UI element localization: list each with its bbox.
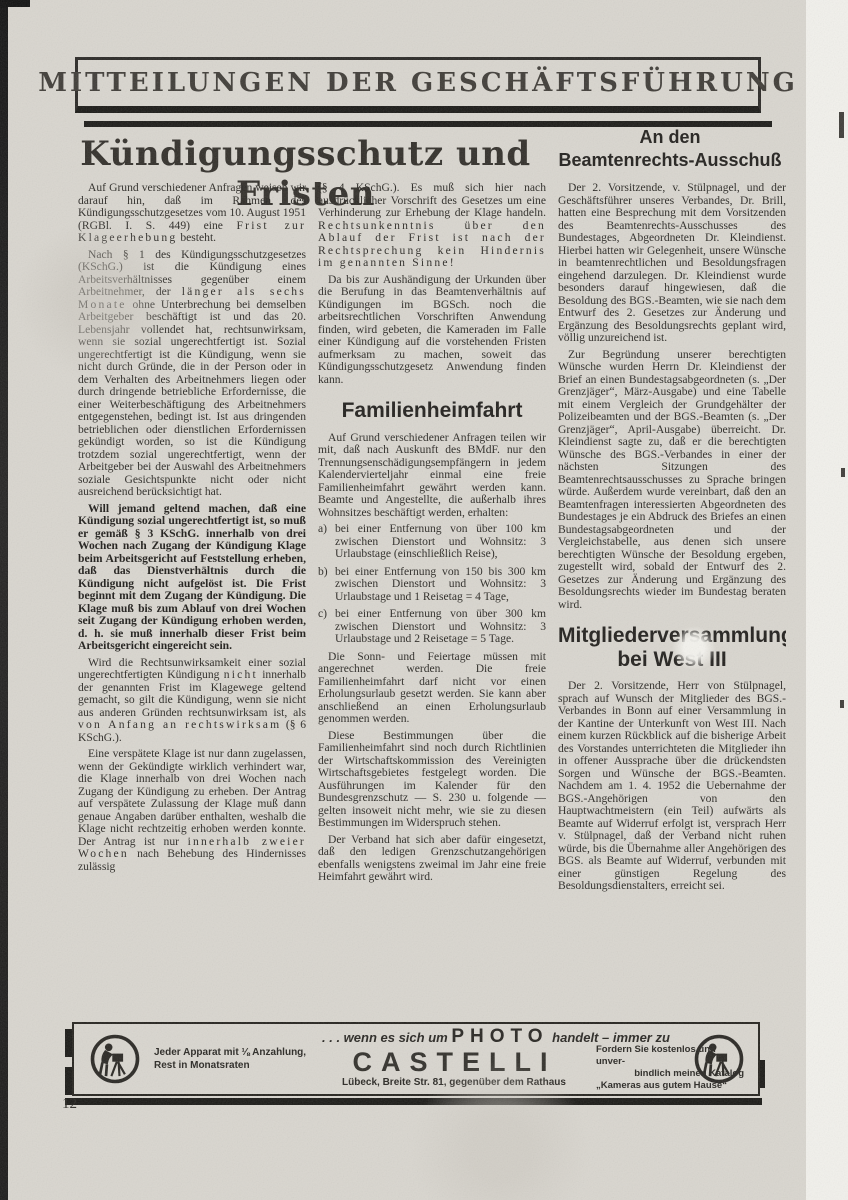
text-columns: Auf Grund verschiedener Anfragen weisen … bbox=[78, 182, 786, 1020]
paragraph: Diese Bestimmungen über die Familienheim… bbox=[318, 730, 546, 830]
column-3: Der 2. Vorsitzende, v. Stülpnagel, und d… bbox=[558, 182, 786, 1020]
scan-speck bbox=[841, 468, 845, 477]
text-run: Auf Grund verschiedener Anfragen teilen … bbox=[318, 431, 546, 519]
list-marker: a) bbox=[318, 523, 335, 561]
scan-corner-mark bbox=[0, 0, 30, 7]
list-text: bei einer Entfernung von über 300 km zwi… bbox=[335, 608, 546, 646]
page-number: 12 bbox=[62, 1096, 77, 1113]
list-item: a)bei einer Entfernung von über 100 km z… bbox=[318, 523, 546, 561]
text-run: Diese Bestimmungen über die Familienheim… bbox=[318, 729, 546, 830]
paper-right-margin bbox=[806, 0, 848, 1200]
advertisement-photo-castelli: Jeder Apparat mit ⅛ Anzahlung,Rest in Mo… bbox=[72, 1022, 760, 1096]
text-run: Rechtsunkenntnis über den Ablauf der Fri… bbox=[318, 219, 546, 270]
column-1: Auf Grund verschiedener Anfragen weisen … bbox=[78, 182, 306, 1020]
ad-brand-name: CASTELLI bbox=[322, 1047, 587, 1078]
paragraph: Der 2. Vorsitzende, Herr von Stülpnagel,… bbox=[558, 680, 786, 893]
ad-frame-shadow bbox=[65, 1029, 72, 1057]
paragraph: Will jemand geltend machen, daß eine Kün… bbox=[78, 503, 306, 653]
section-heading: Familienheimfahrt bbox=[318, 399, 546, 423]
text-run: bei einer Entfernung von über 100 km zwi… bbox=[335, 522, 546, 560]
text-run: Zur Begründung unserer berechtigten Wüns… bbox=[558, 348, 786, 611]
masthead-banner: MITTEILUNGEN DER GESCHÄFTSFÜHRUNG bbox=[75, 57, 761, 113]
text-run: Die Sonn- und Feiertage müssen mit anger… bbox=[318, 650, 546, 726]
paragraph: Eine verspätete Klage ist nur dann zugel… bbox=[78, 748, 306, 873]
ad-left-offer: Jeder Apparat mit ⅛ Anzahlung,Rest in Mo… bbox=[154, 1046, 324, 1072]
text-run: Der 2. Vorsitzende, Herr von Stülpnagel,… bbox=[558, 679, 786, 892]
paragraph: Der 2. Vorsitzende, v. Stülpnagel, und d… bbox=[558, 182, 786, 345]
text-run: von Anfang an rechtswirksam bbox=[78, 718, 281, 731]
section-heading-line: An den bbox=[552, 126, 788, 149]
text-run: (§ 4 KSchG.). Es muß sich hier nach ausd… bbox=[318, 182, 546, 219]
paragraph: Auf Grund verschiedener Anfragen weisen … bbox=[78, 182, 306, 245]
text-run: bei einer Entfernung von über 300 km zwi… bbox=[335, 607, 546, 645]
text-run: Da bis zur Aushändigung der Urkunden übe… bbox=[318, 273, 546, 386]
text-run: bei einer Entfernung von 150 bis 300 km … bbox=[335, 565, 546, 603]
scanned-newsletter-page: MITTEILUNGEN DER GESCHÄFTSFÜHRUNG Kündig… bbox=[0, 0, 848, 1200]
text-run: Der 2. Vorsitzende, v. Stülpnagel, und d… bbox=[558, 182, 786, 344]
paragraph: (§ 4 KSchG.). Es muß sich hier nach ausd… bbox=[318, 182, 546, 270]
text-run: Der Verband hat sich aber dafür eingeset… bbox=[318, 833, 546, 884]
paragraph: Zur Begründung unserer berechtigten Wüns… bbox=[558, 349, 786, 612]
list-text: bei einer Entfernung von über 100 km zwi… bbox=[335, 523, 546, 561]
scan-edge-left bbox=[0, 0, 8, 1200]
ad-frame-shadow bbox=[65, 1067, 72, 1095]
paragraph: Da bis zur Aushändigung der Urkunden übe… bbox=[318, 274, 546, 387]
ad-text-line: Rest in Monatsraten bbox=[154, 1059, 324, 1072]
ad-tagline-brand: PHOTO bbox=[451, 1026, 548, 1047]
ad-tagline-post: handelt – immer zu bbox=[549, 1030, 670, 1045]
text-run: Will jemand geltend machen, daß eine Kün… bbox=[78, 502, 306, 653]
paragraph: Die Sonn- und Feiertage müssen mit anger… bbox=[318, 651, 546, 726]
ad-text-line: Jeder Apparat mit ⅛ Anzahlung, bbox=[154, 1046, 324, 1059]
list-item: c)bei einer Entfernung von über 300 km z… bbox=[318, 608, 546, 646]
scan-speck bbox=[840, 700, 844, 708]
ad-address: Lübeck, Breite Str. 81, gegenüber dem Ra… bbox=[314, 1077, 594, 1088]
photographer-camera-icon bbox=[692, 1032, 746, 1086]
paragraph: Wird die Rechtsunwirksamkeit einer sozia… bbox=[78, 657, 306, 745]
section-heading-beamtenrechts: An den Beamtenrechts-Ausschuß bbox=[552, 126, 788, 171]
paragraph: Nach § 1 des Kündigungsschutzgesetzes (K… bbox=[78, 249, 306, 499]
list-item: b)bei einer Entfernung von 150 bis 300 k… bbox=[318, 566, 546, 604]
text-run: ohne Unterbrechung bei demselben Arbeitg… bbox=[78, 298, 306, 499]
ad-frame-shadow bbox=[65, 1098, 762, 1105]
text-run: Eine verspätete Klage ist nur dann zugel… bbox=[78, 747, 306, 848]
list-marker: c) bbox=[318, 608, 335, 646]
ad-tagline-pre: . . . wenn es sich um bbox=[322, 1030, 451, 1045]
scan-speck bbox=[839, 112, 844, 138]
masthead-title: MITTEILUNGEN DER GESCHÄFTSFÜHRUNG bbox=[38, 68, 798, 98]
section-heading: Mitgliederversammlung bei West III bbox=[558, 624, 786, 671]
list-marker: b) bbox=[318, 566, 335, 604]
text-run: besteht. bbox=[177, 231, 216, 244]
column-2: (§ 4 KSchG.). Es muß sich hier nach ausd… bbox=[318, 182, 546, 1020]
paragraph: Auf Grund verschiedener Anfragen teilen … bbox=[318, 432, 546, 520]
list-text: bei einer Entfernung von 150 bis 300 km … bbox=[335, 566, 546, 604]
text-run: nicht bbox=[224, 668, 258, 681]
section-heading-line: Beamtenrechts-Ausschuß bbox=[552, 149, 788, 172]
photographer-camera-icon bbox=[88, 1032, 142, 1086]
paragraph: Der Verband hat sich aber dafür eingeset… bbox=[318, 834, 546, 884]
ad-frame-shadow bbox=[760, 1060, 765, 1088]
